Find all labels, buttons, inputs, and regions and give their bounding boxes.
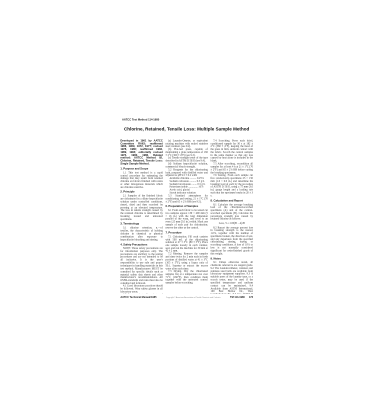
scanned-document-page: AATCC Test Method 114-1980 Chlorine, Ret…	[0, 0, 368, 420]
footer-manual-label: AATCC Technical Manual/1985	[120, 296, 156, 299]
column-1: Developed in 1961 by AATCC Committee RA6…	[120, 139, 162, 294]
footer-page-number: 173	[249, 296, 253, 299]
section-heading: 1. Purpose and Scope	[120, 167, 162, 170]
body-para: 9.1 Unless otherwise noted, all chemical…	[211, 261, 253, 294]
text-columns: Developed in 1961 by AATCC Committee RA6…	[120, 139, 253, 294]
section-heading: 2. Principle	[120, 191, 162, 194]
section-heading: 6. Preparation of Samples	[165, 205, 207, 208]
body-para: 7.4 Scorching. Press each dried, conditi…	[211, 139, 253, 162]
body-para: 2.1 Samples of the finished fabric are c…	[120, 195, 162, 221]
body-para: 7.2 Rinsing. Remove the samples and rins…	[165, 253, 207, 270]
section-heading: 9. Notes	[211, 257, 253, 260]
body-para: 8.1 Calculate the average breaking load …	[211, 203, 253, 220]
footer-copyright: Copyright © American Association of Text…	[157, 297, 231, 299]
footer-method-ref: TM 114-1980 173	[230, 296, 253, 299]
body-intro: Developed in 1961 by AATCC Committee RA6…	[120, 139, 162, 165]
column-3: 7.4 Scorching. Press each dried, conditi…	[211, 139, 253, 294]
page-scan: AATCC Test Method 114-1980 Chlorine, Ret…	[0, 0, 368, 420]
footer-method-code: TM 114-1980	[230, 296, 245, 299]
method-number-header: AATCC Test Method 114-1980	[122, 118, 159, 121]
body-para: 7.6 Testing. From each sample cut five r…	[211, 174, 253, 197]
body-para: 5.2 Reagents for the chlorinating bath, …	[165, 168, 207, 177]
body-para: 7.5 After scorching, recondition all sam…	[211, 163, 253, 175]
body-para: 1.1 This test method is a rapid control …	[120, 171, 162, 188]
body-eq: Loss, % = 100(B − A)/B	[211, 222, 253, 225]
body-para: 5.3 Standard atmosphere for conditioning…	[165, 194, 207, 203]
body-para: 3.1 chlorine retention, n.—of textiles, …	[120, 227, 162, 242]
body-para: 7.1 Chlorination. Fill each canister wit…	[165, 235, 207, 252]
page-footer: AATCC Technical Manual/1985 Copyright © …	[120, 296, 253, 299]
section-heading: 7. Procedure	[165, 231, 207, 234]
section-heading: 8. Calculation and Report	[211, 199, 253, 202]
column-2: (a) Launder-Ometer, or equivalent rotati…	[165, 139, 207, 294]
body-para: 6.1 From each fabric to be tested cut tw…	[165, 209, 207, 229]
page-title: Chlorine, Retained, Tensile Loss: Multip…	[120, 127, 253, 132]
body-para: 4.2 In preparing, dispensing and handlin…	[120, 293, 162, 294]
body-para: 7.3 Drying. Dry the chlorinated samples …	[165, 270, 207, 285]
body-para: NOTE: These safety precautions are for i…	[120, 247, 162, 285]
body-para: 8.2 Report the average percent loss in b…	[211, 226, 253, 255]
section-heading: 3. Terminology	[120, 223, 162, 226]
section-heading: 4. Safety Precautions	[120, 243, 162, 246]
